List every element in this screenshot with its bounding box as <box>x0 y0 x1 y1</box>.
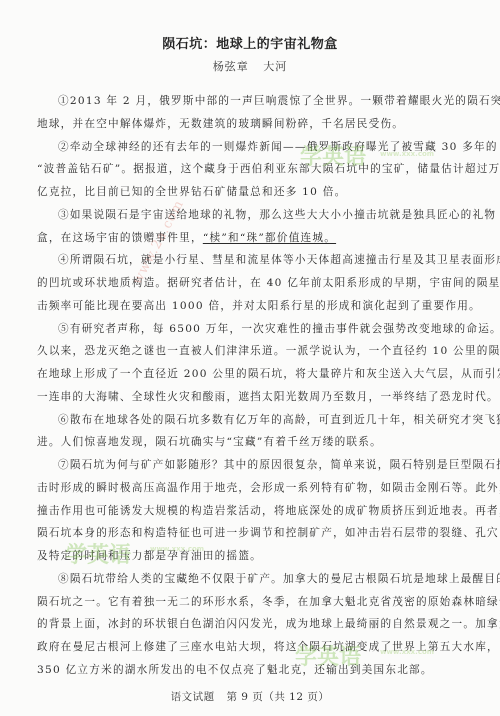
text-line: ⑤有研究者声称，每 6500 万年，一次灾难性的撞击事件就会强势改变地球的命运。… <box>58 322 465 336</box>
text-line: 击时形成的瞬时极高压高温作用于地壳，会形成一系列特有矿物，如陨击金刚石等。此外， <box>37 481 465 495</box>
line-text: 盒，在这场宇宙的馈赠事件里， <box>37 232 203 244</box>
text-line: ④所谓陨石坑，就是小行星、彗星和流星体等小天体超高速撞击行星及其卫星表面形成 <box>58 253 465 267</box>
text-line: 击频率可能比现在要高出 1000 倍，并对太阳系行星的形成和演化起到了重要作用。 <box>37 299 465 313</box>
text-line: ⑥散布在地球各处的陨石坑多数有亿万年的高龄，可直到近几十年，相关研究才突飞猛 <box>58 413 465 427</box>
line-text: 亿克拉，比目前已知的全世界钻石矿储量总和还多 10 倍。 <box>37 186 346 198</box>
footer-page-number: 第 9 页（共 12 页） <box>226 691 329 703</box>
line-text: 的背景上面，冰封的环状银白色湖泊闪闪发光，成为地球上最绮丽的自然景观之一。加拿大 <box>37 618 500 630</box>
text-line: 地球，并在空中解体爆炸，无数建筑的玻璃瞬间粉碎，千名居民受伤。 <box>37 117 465 131</box>
text-line: 陨石坑之一。它有着独一无二的环形水系，冬季，在加拿大魁北克省茂密的原始森林暗绿色 <box>37 595 465 609</box>
line-text: ②牵动全球神经的还有去年的一则爆炸新闻——俄罗斯政府曝光了被雪藏 30 多年的 <box>58 141 498 153</box>
text-line: ③如果说陨石是宇宙送给地球的礼物，那么这些大大小小撞击坑就是独具匠心的礼物 <box>58 208 465 222</box>
line-text: ⑥散布在地球各处的陨石坑多数有亿万年的高龄，可直到近几十年，相关研究才突飞猛 <box>58 414 500 426</box>
article-title: 陨石坑：地球上的宇宙礼物盒 <box>0 33 500 52</box>
line-text: 在地球上形成了一个直径近 200 公里的陨石坑，将大量碎片和灰尘送入大气层，从而… <box>37 368 500 380</box>
text-line: 及特定的时间和压力都是孕育油田的摇篮。 <box>37 549 465 563</box>
line-text: 政府在曼尼古根河上修建了三座水电站大坝，将这个陨石坑湖变成了世界上第五大水库， <box>37 641 499 653</box>
line-text: 陨石坑之一。它有着独一无二的环形水系，冬季，在加拿大魁北克省茂密的原始森林暗绿色 <box>37 596 500 608</box>
line-text: 击频率可能比现在要高出 1000 倍，并对太阳系行星的形成和演化起到了重要作用。 <box>37 300 481 312</box>
line-text: 地球，并在空中解体爆炸，无数建筑的玻璃瞬间粉碎，千名居民受伤。 <box>37 118 404 130</box>
underlined-phrase: “椟”和“珠”都价值连城。 <box>203 232 336 244</box>
text-line: 亿克拉，比目前已知的全世界钻石矿储量总和还多 10 倍。 <box>37 185 465 199</box>
text-line: “波普盖钻石矿”。据报道，这个藏身于西伯利亚东部大陨石坑中的宝矿，储量估计超过万 <box>37 162 465 176</box>
line-text: 350 亿立方米的湖水所发出的电不仅点亮了魁北克，还输出到美国东北部。 <box>37 664 433 676</box>
text-line: ①2013 年 2 月，俄罗斯中部的一声巨响震惊了全世界。一颗带着耀眼火光的陨石… <box>58 94 465 108</box>
article-authors: 杨弦章 大河 <box>0 58 500 74</box>
text-line: 盒，在这场宇宙的馈赠事件里，“椟”和“珠”都价值连城。 <box>37 231 465 245</box>
line-text: 一连串的大海啸、全球性火灾和酸雨，遮挡太阳光数周乃至数月，一举终结了恐龙时代。 <box>37 391 499 403</box>
author-1: 杨弦章 <box>213 60 249 73</box>
text-line: 一连串的大海啸、全球性火灾和酸雨，遮挡太阳光数周乃至数月，一举终结了恐龙时代。 <box>37 390 465 404</box>
author-2: 大河 <box>263 60 287 73</box>
line-text: ④所谓陨石坑，就是小行星、彗星和流星体等小天体超高速撞击行星及其卫星表面形成 <box>58 254 500 266</box>
text-line: 350 亿立方米的湖水所发出的电不仅点亮了魁北克，还输出到美国东北部。 <box>37 663 465 677</box>
text-line: ⑧陨石坑带给人类的宝藏绝不仅限于矿产。加拿大的曼尼古根陨石坑是地球上最醒目的 <box>58 572 465 586</box>
line-text: 陨石坑本身的形态和构造特征也可进一步调节和控制矿产，如冲击岩石层带的裂缝、孔穴以 <box>37 527 500 539</box>
line-text: ⑦陨石坑为何与矿产如影随形？其中的原因很复杂，简单来说，陨石特别是巨型陨石撞 <box>58 459 500 471</box>
footer-subject: 语文试题 <box>171 691 215 703</box>
text-line: ⑦陨石坑为何与矿产如影随形？其中的原因很复杂，简单来说，陨石特别是巨型陨石撞 <box>58 458 465 472</box>
text-line: 久以来，恐龙灭绝之谜也一直被人们津津乐道。一派学说认为，一个直径约 10 公里的… <box>37 344 465 358</box>
text-line: 进。人们惊喜地发现，陨石坑确实与“宝藏”有着千丝万缕的联系。 <box>37 435 465 449</box>
line-text: 进。人们惊喜地发现，陨石坑确实与“宝藏”有着千丝万缕的联系。 <box>37 436 382 448</box>
exam-page: 陨石坑：地球上的宇宙礼物盒 杨弦章 大河 ①2013 年 2 月，俄罗斯中部的一… <box>0 0 500 716</box>
text-line: ②牵动全球神经的还有去年的一则爆炸新闻——俄罗斯政府曝光了被雪藏 30 多年的 <box>58 140 465 154</box>
text-line: 政府在曼尼古根河上修建了三座水电站大坝，将这个陨石坑湖变成了世界上第五大水库， <box>37 640 465 654</box>
line-text: 久以来，恐龙灭绝之谜也一直被人们津津乐道。一派学说认为，一个直径约 10 公里的… <box>37 345 500 357</box>
text-line: 在地球上形成了一个直径近 200 公里的陨石坑，将大量碎片和灰尘送入大气层，从而… <box>37 367 465 381</box>
text-line: 的凹坑或环状地质构造。据研究者估计，在 40 亿年前太阳系形成的早期，宇宙间的陨… <box>37 276 465 290</box>
text-line: 的背景上面，冰封的环状银白色湖泊闪闪发光，成为地球上最绮丽的自然景观之一。加拿大 <box>37 617 465 631</box>
line-text: 击时形成的瞬时极高压高温作用于地壳，会形成一系列特有矿物，如陨击金刚石等。此外， <box>37 482 500 494</box>
line-text: 及特定的时间和压力都是孕育油田的摇篮。 <box>37 550 262 562</box>
line-text: 的凹坑或环状地质构造。据研究者估计，在 40 亿年前太阳系形成的早期，宇宙间的陨… <box>37 277 500 289</box>
line-text: 撞击作用也可能诱发大规模的构造岩浆活动，将地底深处的成矿物质挤压到近地表。再者， <box>37 505 500 517</box>
line-text: “波普盖钻石矿”。据报道，这个藏身于西伯利亚东部大陨石坑中的宝矿，储量估计超过万 <box>37 163 500 175</box>
line-text: ⑤有研究者声称，每 6500 万年，一次灾难性的撞击事件就会强势改变地球的命运。… <box>58 323 500 335</box>
page-footer: 语文试题 第 9 页（共 12 页） <box>0 689 500 704</box>
text-line: 撞击作用也可能诱发大规模的构造岩浆活动，将地底深处的成矿物质挤压到近地表。再者， <box>37 504 465 518</box>
line-text: ③如果说陨石是宇宙送给地球的礼物，那么这些大大小小撞击坑就是独具匠心的礼物 <box>58 209 496 221</box>
text-line: 陨石坑本身的形态和构造特征也可进一步调节和控制矿产，如冲击岩石层带的裂缝、孔穴以 <box>37 526 465 540</box>
line-text: ①2013 年 2 月，俄罗斯中部的一声巨响震惊了全世界。一颗带着耀眼火光的陨石… <box>58 95 500 107</box>
line-text: ⑧陨石坑带给人类的宝藏绝不仅限于矿产。加拿大的曼尼古根陨石坑是地球上最醒目的 <box>58 573 500 585</box>
